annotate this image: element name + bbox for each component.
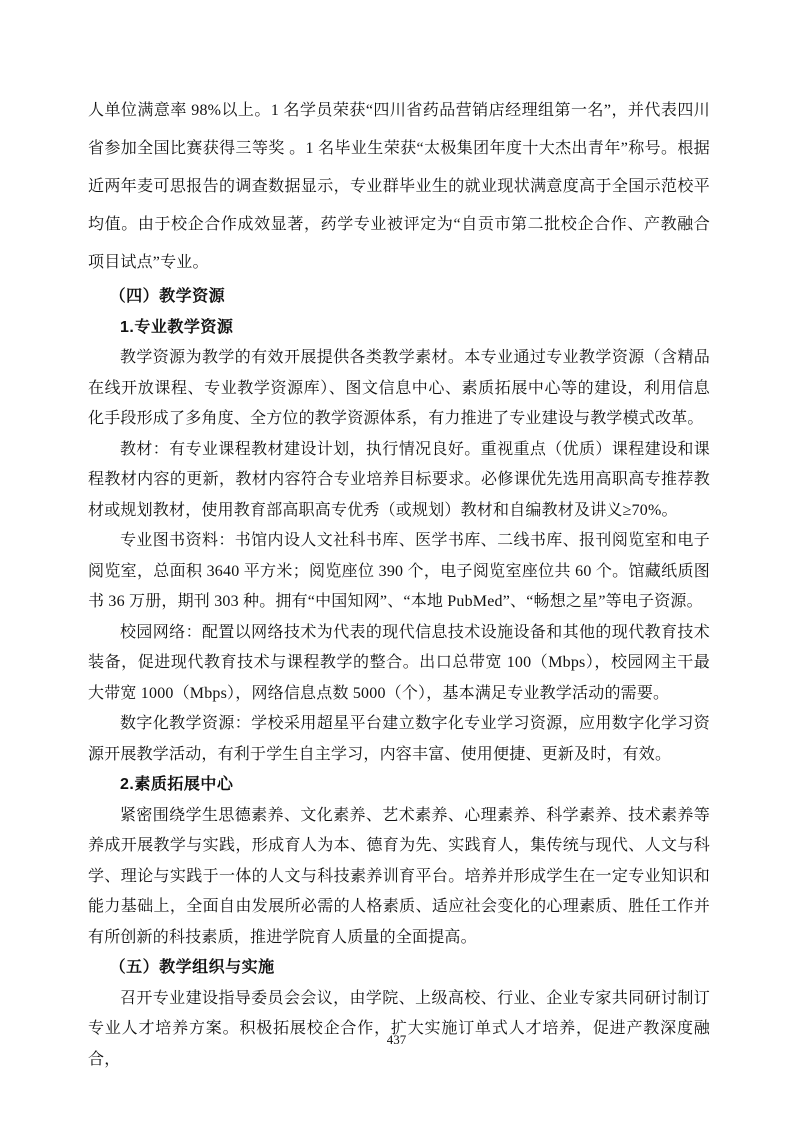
page-body-text: 人单位满意率 98%以上。1 名学员荣获“四川省药品营销店经理组第一名”，并代表… xyxy=(88,92,710,1075)
paragraph-digital-teaching-resources: 数字化教学资源：学校采用超星平台建立数字化专业学习资源，应用数字化学习资源开展教… xyxy=(88,709,710,770)
page-number: 437 xyxy=(0,1032,793,1048)
paragraph-library-materials: 专业图书资料：书馆内设人文社科书库、医学书库、二线书库、报刊阅览室和电子阅览室，… xyxy=(88,526,710,618)
paragraph-teaching-organization: 召开专业建设指导委员会会议，由学院、上级高校、行业、企业专家共同研讨制订专业人才… xyxy=(88,984,710,1076)
document-page: 人单位满意率 98%以上。1 名学员荣获“四川省药品营销店经理组第一名”，并代表… xyxy=(0,0,793,1122)
paragraph-campus-network: 校园网络：配置以网络技术为代表的现代信息技术设施设备和其他的现代教育技术装备，促… xyxy=(88,618,710,710)
section-heading-teaching-organization-implementation: （五）教学组织与实施 xyxy=(110,953,710,984)
paragraph-textbooks: 教材：有专业课程教材建设计划，执行情况良好。重视重点（优质）课程建设和课程教材内… xyxy=(88,435,710,527)
section-heading-teaching-resources: （四）教学资源 xyxy=(110,282,710,313)
paragraph-continued-from-previous-page: 人单位满意率 98%以上。1 名学员荣获“四川省药品营销店经理组第一名”，并代表… xyxy=(88,92,710,282)
paragraph-quality-development: 紧密围绕学生思德素养、文化素养、艺术素养、心理素养、科学素养、技术素养等养成开展… xyxy=(88,801,710,954)
paragraph-teaching-resources-overview: 教学资源为教学的有效开展提供各类教学素材。本专业通过专业教学资源（含精品在线开放… xyxy=(88,343,710,435)
subsection-heading-quality-development-center: 2.素质拓展中心 xyxy=(120,770,710,801)
subsection-heading-professional-teaching-resources: 1.专业教学资源 xyxy=(120,313,710,344)
